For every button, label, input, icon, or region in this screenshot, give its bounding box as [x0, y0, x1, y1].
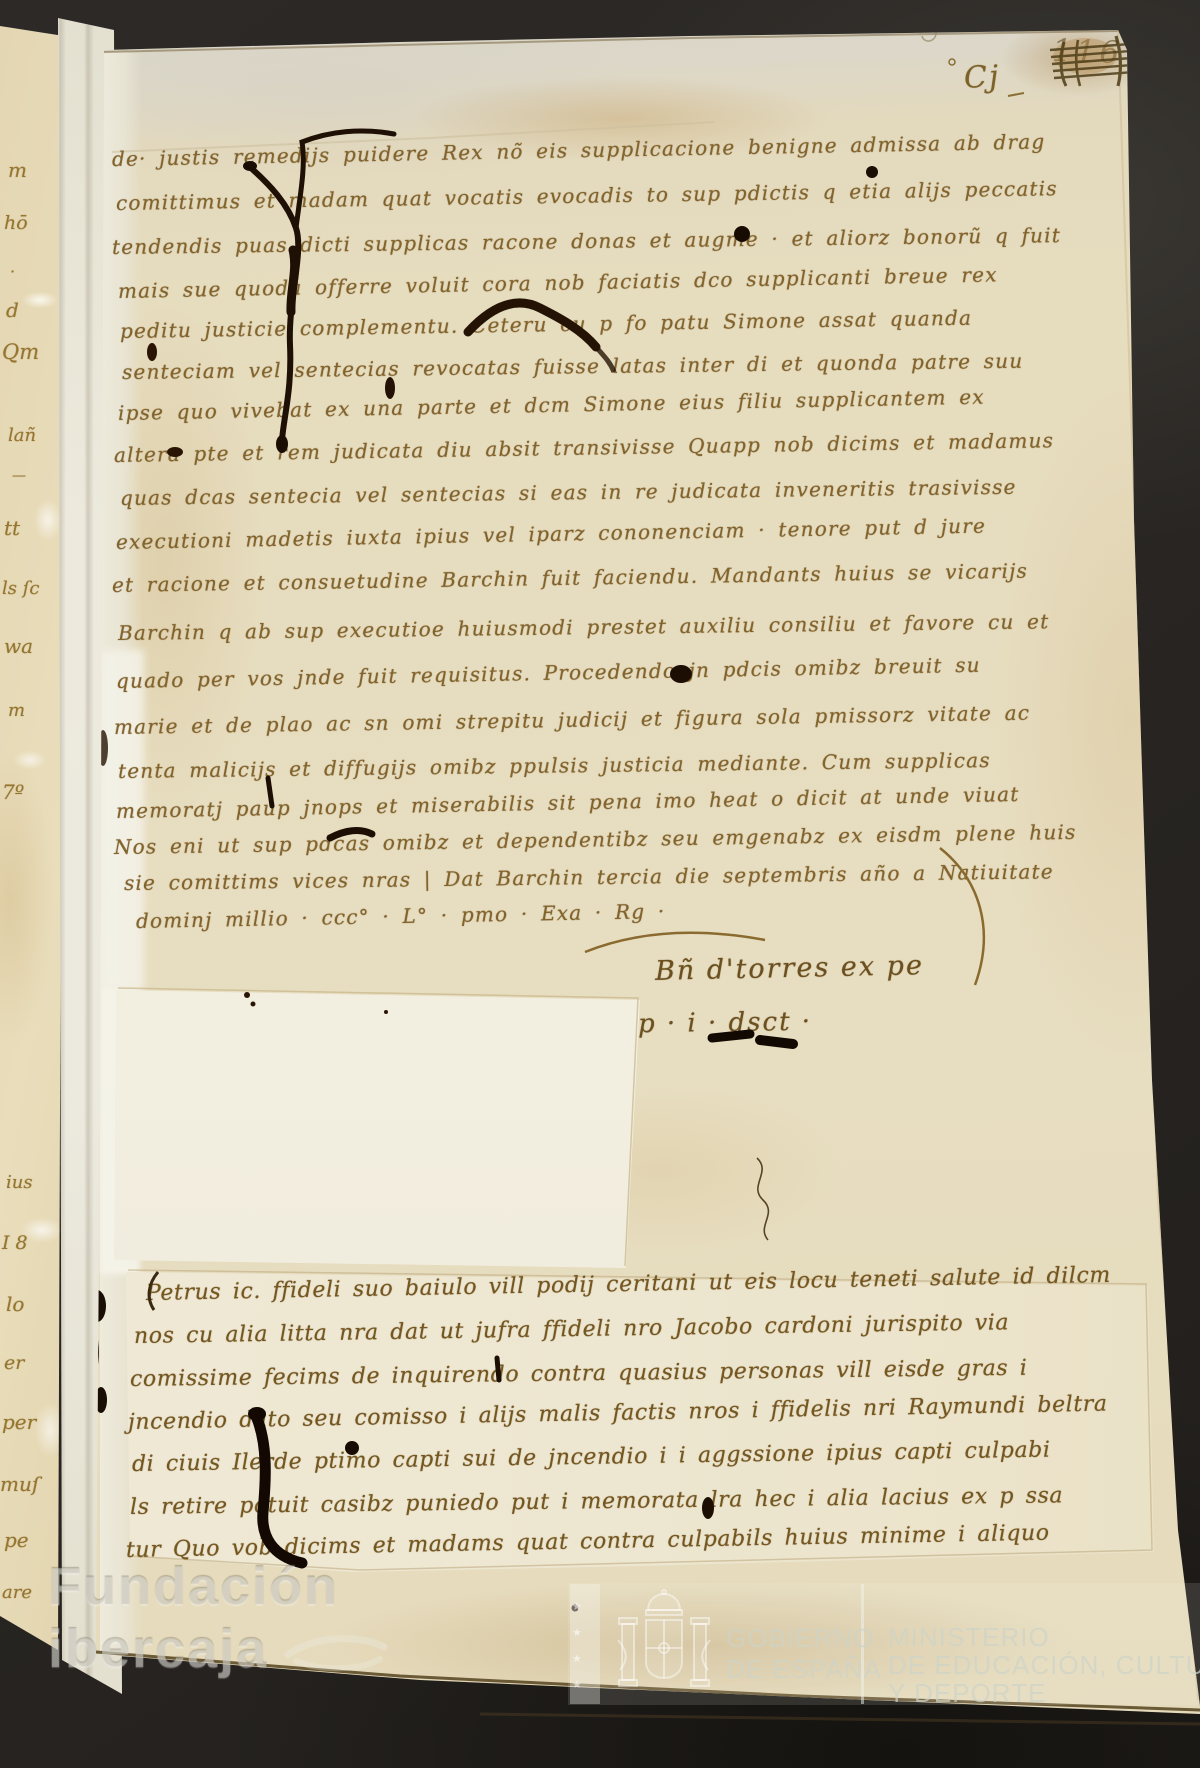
gobierno-line2: DE ESPAÑA [726, 1654, 882, 1685]
spain-coat-of-arms-icon [0, 0, 1200, 1768]
fundacion-ibercaja-watermark: Fundación ibercaja [48, 1556, 392, 1680]
gobierno-watermark: GOBIERNO DE ESPAÑA [726, 1623, 882, 1685]
fundacion-line2: ibercaja [48, 1618, 268, 1680]
ministerio-line3: Y DEPORTE [888, 1679, 1200, 1707]
fundacion-line1: Fundación [48, 1556, 392, 1618]
ministerio-watermark: MINISTERIO DE EDUCACIÓN, CULTURA Y DEPOR… [888, 1623, 1200, 1707]
ministerio-line1: MINISTERIO [888, 1623, 1200, 1651]
gobierno-line1: GOBIERNO [726, 1623, 882, 1654]
ministerio-line2: DE EDUCACIÓN, CULTURA [888, 1651, 1200, 1679]
ibercaja-logo-icon [282, 1621, 392, 1677]
